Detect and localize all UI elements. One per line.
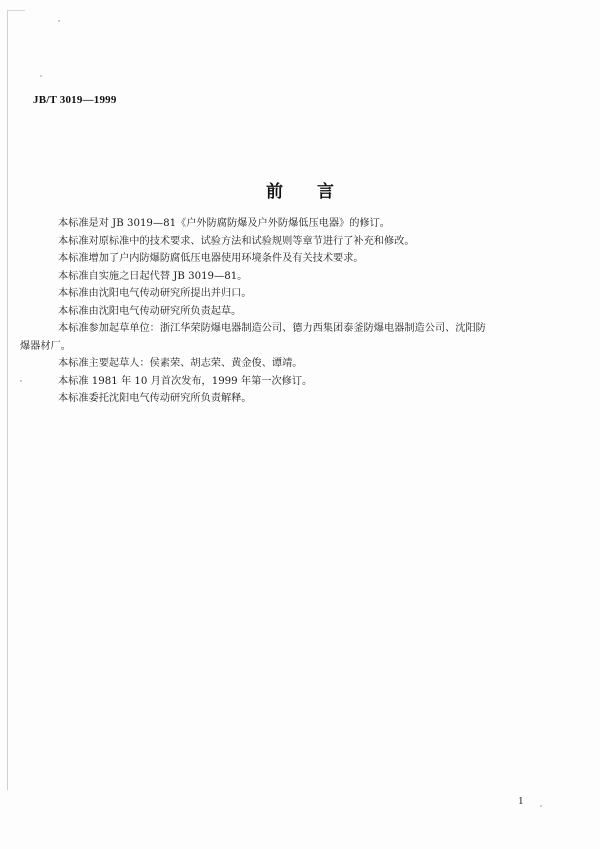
paragraph-revision: 本标准是对 JB 3019—81《户外防腐防爆及户外防爆低压电器》的修订。 xyxy=(58,215,553,233)
paragraph-history: 本标准 1981 年 10 月首次发布，1999 年第一次修订。 xyxy=(58,373,553,391)
page-number: 1 xyxy=(518,795,524,807)
paragraph-drafted-by: 本标准由沈阳电气传动研究所负责起草。 xyxy=(58,303,553,321)
paragraph-changes: 本标准对原标准中的技术要求、试验方法和试验规则等章节进行了补充和修改。 xyxy=(58,233,553,251)
title-char-2: 言 xyxy=(317,177,334,202)
foreword-body: 本标准是对 JB 3019—81《户外防腐防爆及户外防爆低压电器》的修订。 本标… xyxy=(58,215,553,408)
paragraph-drafters: 本标准主要起草人：侯素荣、胡志荣、黄金俊、谭靖。 xyxy=(58,355,553,373)
paragraph-proposed-by: 本标准由沈阳电气传动研究所提出并归口。 xyxy=(58,285,553,303)
scan-speck xyxy=(40,75,42,77)
drafting-units-line-1: 本标准参加起草单位：浙江华荣防爆电器制造公司、德力西集团泰釜防爆电器制造公司、沈… xyxy=(58,323,486,334)
paragraph-replaces: 本标准自实施之日起代替 JB 3019—81。 xyxy=(58,268,553,286)
binding-margin-line xyxy=(7,10,8,790)
document-page: JB/T 3019—1999 前言 本标准是对 JB 3019—81《户外防腐防… xyxy=(0,0,600,849)
drafting-units-line-2: 爆器材厂。 xyxy=(20,338,553,356)
paragraph-additions: 本标准增加了户内防爆防腐低压电器使用环境条件及有关技术要求。 xyxy=(58,250,553,268)
paragraph-interpretation: 本标准委托沈阳电气传动研究所负责解释。 xyxy=(58,390,553,408)
paragraph-drafting-units: 本标准参加起草单位：浙江华荣防爆电器制造公司、德力西集团泰釜防爆电器制造公司、沈… xyxy=(58,320,553,355)
scan-speck xyxy=(540,805,542,807)
title-char-1: 前 xyxy=(266,177,283,202)
scan-speck xyxy=(58,20,60,22)
page-title: 前言 xyxy=(0,177,600,202)
standard-code: JB/T 3019—1999 xyxy=(33,94,117,106)
binding-margin-tick xyxy=(7,10,25,11)
scan-speck xyxy=(20,380,22,382)
